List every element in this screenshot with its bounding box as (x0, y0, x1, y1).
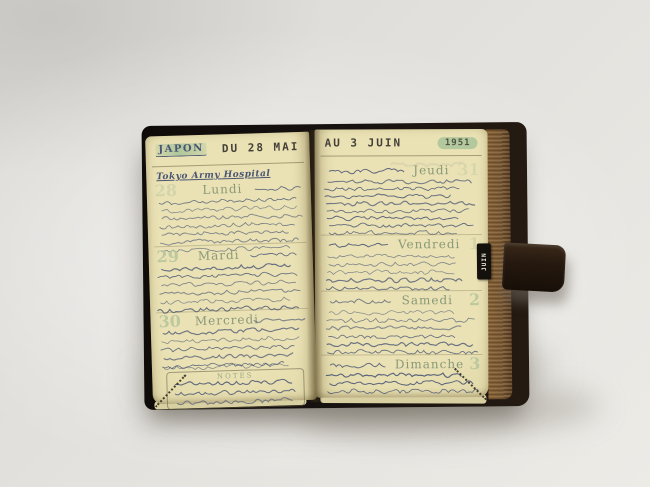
month-index-tab: JUIN (477, 243, 491, 279)
right-page: AU 3 JUIN 1951 Jeudi 31 Vendredi 1 (315, 129, 489, 398)
closure-strap (502, 242, 566, 292)
handwriting-line (323, 294, 396, 305)
japon-label: JAPON (155, 143, 207, 158)
date-range-end: AU 3 JUIN (325, 136, 403, 149)
day-label: Jeudi (413, 163, 449, 177)
left-page: JAPON DU 28 MAI Tokyo Army Hospital 28 L… (145, 132, 317, 405)
day-label: Mardi (198, 248, 240, 263)
month-tab-label: JUIN (480, 252, 487, 271)
handwriting-block (323, 307, 480, 356)
day-row-dimanche: Dimanche 3 (315, 357, 488, 371)
section-rule (321, 354, 482, 356)
handwriting-line (323, 358, 392, 369)
handwriting-block (323, 251, 480, 292)
photo-scene: JAPON DU 28 MAI Tokyo Army Hospital 28 L… (0, 0, 650, 487)
notes-box: NOTES (166, 368, 305, 410)
day-label: Samedi (402, 293, 453, 307)
handwriting-line (247, 247, 309, 260)
year-label: 1951 (438, 137, 478, 149)
date-range-start: DU 28 MAI (222, 140, 300, 155)
handwriting-line (252, 312, 311, 325)
handwriting-line (323, 164, 416, 175)
handwriting-block (323, 177, 480, 236)
diary-book: JAPON DU 28 MAI Tokyo Army Hospital 28 L… (142, 122, 530, 410)
section-rule (321, 234, 482, 236)
day-label: Vendredi (398, 237, 460, 251)
handwriting-block (323, 370, 480, 395)
section-rule (321, 290, 482, 292)
handwriting-line (323, 238, 396, 249)
handwriting-line (248, 181, 307, 194)
day-row-jeudi: Jeudi 31 (315, 163, 488, 177)
handwriting-block (155, 260, 308, 314)
day-row-vendredi: Vendredi 1 (315, 237, 488, 251)
left-page-header: JAPON DU 28 MAI (145, 140, 309, 158)
right-page-header: AU 3 JUIN 1951 (315, 136, 488, 150)
handwriting-block (171, 375, 300, 407)
day-label: Lundi (202, 182, 242, 197)
day-row-samedi: Samedi 2 (315, 293, 488, 307)
header-rule (152, 162, 304, 168)
